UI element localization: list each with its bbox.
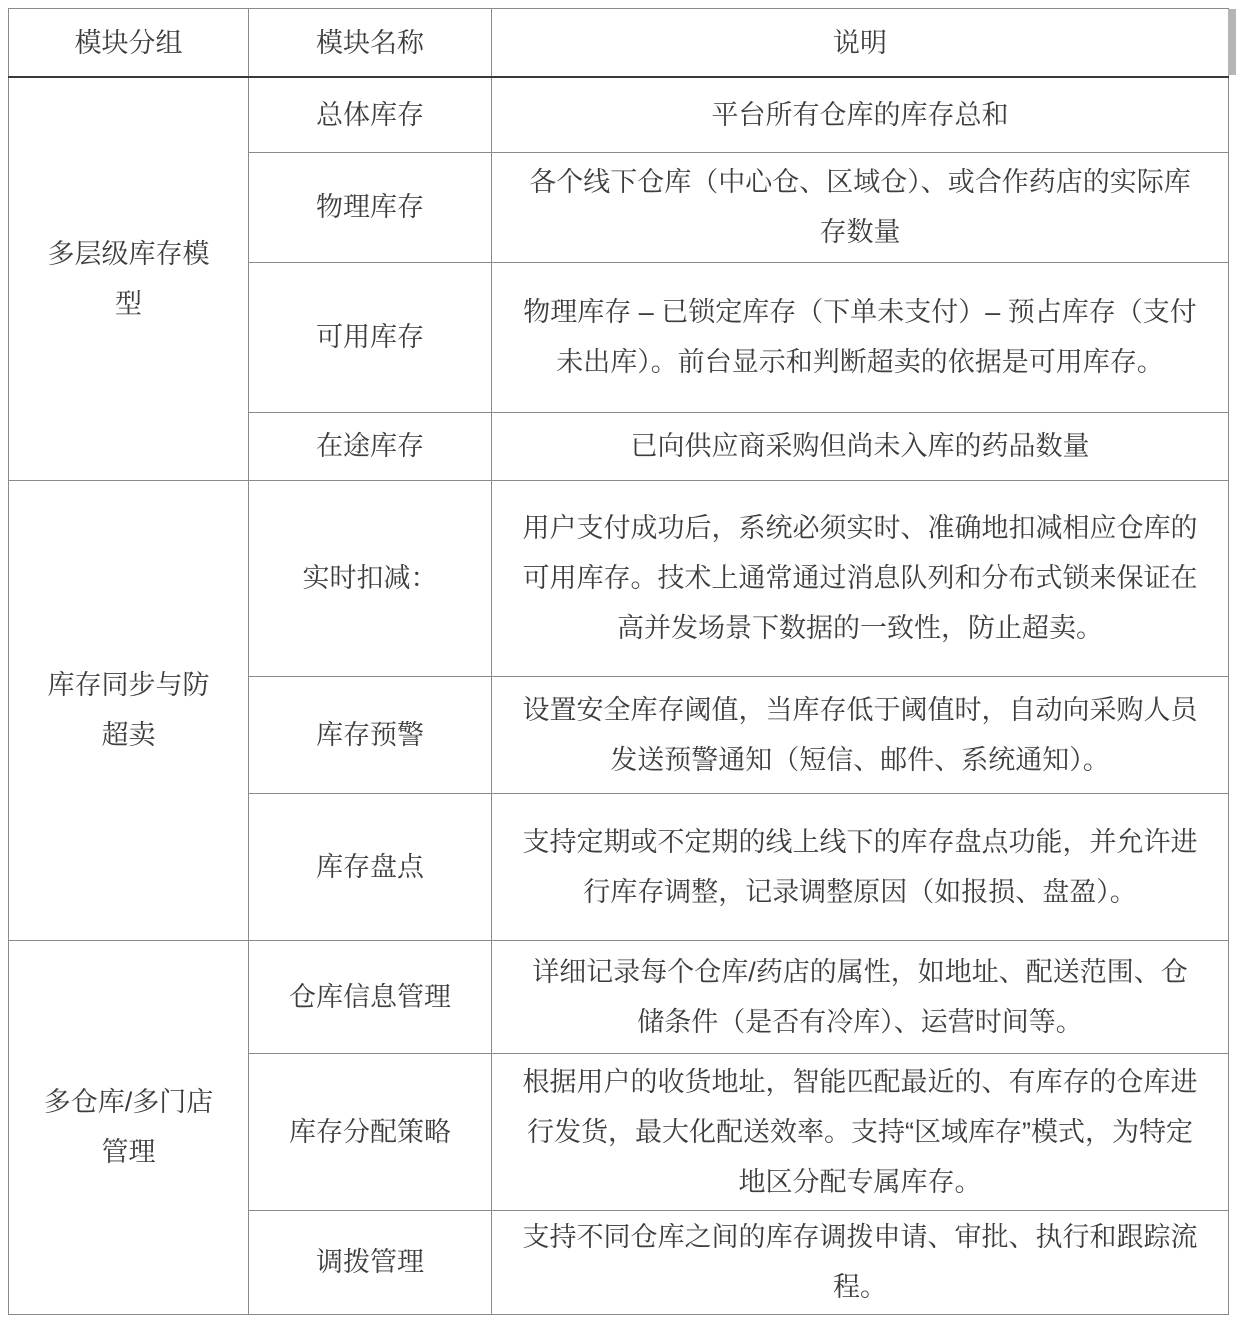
col-header-description: 说明: [492, 9, 1229, 78]
group-cell-sync-oversell: 库存同步与防超卖: [9, 480, 249, 940]
table-row: 库存同步与防超卖 实时扣减： 用户支付成功后，系统必须实时、准确地扣减相应仓库的…: [9, 480, 1229, 676]
module-description-cell: 根据用户的收货地址，智能匹配最近的、有库存的仓库进行发货，最大化配送效率。支持“…: [492, 1053, 1229, 1210]
module-description-cell: 支持不同仓库之间的库存调拨申请、审批、执行和跟踪流程。: [492, 1210, 1229, 1314]
module-description-cell: 平台所有仓库的库存总和: [492, 77, 1229, 152]
header-row: 模块分组 模块名称 说明: [9, 9, 1229, 78]
group-cell-inventory-model: 多层级库存模型: [9, 77, 249, 480]
module-description-cell: 详细记录每个仓库/药店的属性，如地址、配送范围、仓储条件（是否有冷库）、运营时间…: [492, 940, 1229, 1053]
module-name-cell: 库存预警: [249, 676, 492, 793]
col-header-module-name: 模块名称: [249, 9, 492, 78]
module-description-cell: 物理库存 – 已锁定库存（下单未支付）– 预占库存（支付未出库）。前台显示和判断…: [492, 262, 1229, 412]
vertical-scrollbar-thumb[interactable]: [1228, 9, 1236, 75]
table-row: 多仓库/多门店管理 仓库信息管理 详细记录每个仓库/药店的属性，如地址、配送范围…: [9, 940, 1229, 1053]
table-row: 多层级库存模型 总体库存 平台所有仓库的库存总和: [9, 77, 1229, 152]
module-name-cell: 总体库存: [249, 77, 492, 152]
module-name-cell: 库存盘点: [249, 793, 492, 940]
module-name-cell: 在途库存: [249, 412, 492, 480]
module-name-cell: 仓库信息管理: [249, 940, 492, 1053]
module-name-cell: 可用库存: [249, 262, 492, 412]
module-description-cell: 用户支付成功后，系统必须实时、准确地扣减相应仓库的可用库存。技术上通常通过消息队…: [492, 480, 1229, 676]
module-name-cell: 物理库存: [249, 152, 492, 262]
module-description-cell: 支持定期或不定期的线上线下的库存盘点功能，并允许进行库存调整，记录调整原因（如报…: [492, 793, 1229, 940]
module-description-cell: 各个线下仓库（中心仓、区域仓）、或合作药店的实际库存数量: [492, 152, 1229, 262]
module-name-cell: 库存分配策略: [249, 1053, 492, 1210]
module-name-cell: 实时扣减：: [249, 480, 492, 676]
group-cell-multi-warehouse: 多仓库/多门店管理: [9, 940, 249, 1314]
module-name-cell: 调拨管理: [249, 1210, 492, 1314]
col-header-module-group: 模块分组: [9, 9, 249, 78]
module-description-cell: 设置安全库存阈值，当库存低于阈值时，自动向采购人员发送预警通知（短信、邮件、系统…: [492, 676, 1229, 793]
module-spec-table: 模块分组 模块名称 说明 多层级库存模型 总体库存 平台所有仓库的库存总和 物理…: [8, 8, 1229, 1315]
module-description-cell: 已向供应商采购但尚未入库的药品数量: [492, 412, 1229, 480]
